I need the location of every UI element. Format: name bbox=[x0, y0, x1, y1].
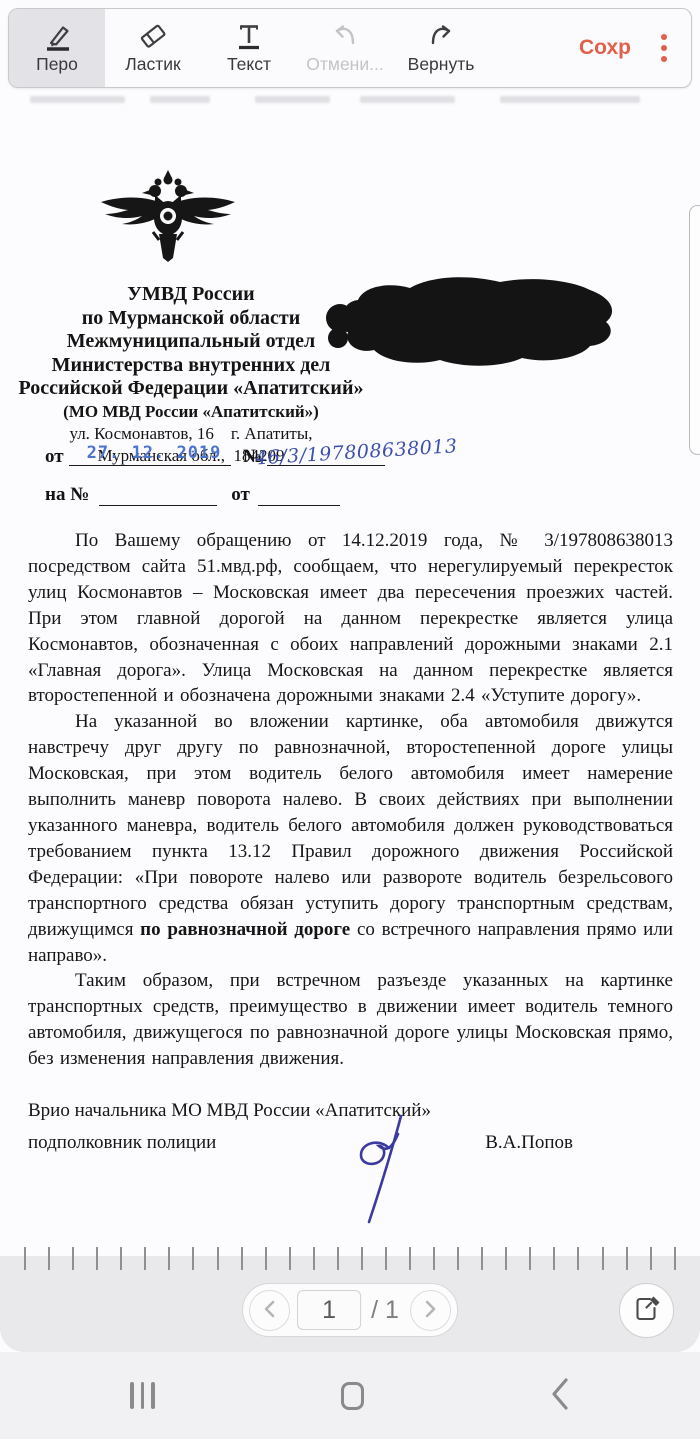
ruler-tick bbox=[602, 1247, 604, 1270]
ruler-tick bbox=[24, 1247, 26, 1270]
home-icon bbox=[341, 1382, 364, 1410]
redo-button[interactable]: Вернуть bbox=[393, 9, 489, 87]
recents-button[interactable] bbox=[130, 1382, 155, 1409]
letter-body: По Вашему обращению от 14.12.2019 года, … bbox=[28, 528, 673, 1072]
signer-position-line2: подполковник полиции bbox=[28, 1130, 216, 1155]
reply-number-underline bbox=[99, 488, 217, 506]
date-stamp: 27. 12. 2019 bbox=[79, 443, 229, 463]
reference-line: от 27. 12. 2019 № 46/3/197808638013 bbox=[45, 442, 645, 468]
home-button[interactable] bbox=[341, 1382, 364, 1410]
eraser-tool-label: Ластик bbox=[125, 54, 180, 75]
page-separator: / bbox=[371, 1296, 378, 1325]
pen-tool-button[interactable]: Перо bbox=[9, 9, 105, 87]
ruler-tick bbox=[650, 1247, 652, 1270]
ruler-tick bbox=[192, 1247, 194, 1270]
filmstrip-ruler bbox=[0, 1247, 700, 1271]
ruler-tick bbox=[626, 1247, 628, 1270]
text-tool-button[interactable]: Текст bbox=[201, 9, 297, 87]
ruler-tick bbox=[433, 1247, 435, 1270]
redo-label: Вернуть bbox=[408, 54, 475, 75]
reply-from-label: от bbox=[231, 484, 250, 506]
eraser-tool-button[interactable]: Ластик bbox=[105, 9, 201, 87]
chevron-left-icon bbox=[261, 1299, 279, 1322]
from-label: от bbox=[45, 446, 64, 468]
reply-reference-line: на № от bbox=[45, 482, 340, 506]
ruler-tick bbox=[553, 1247, 555, 1270]
undo-label: Отмени... bbox=[306, 54, 383, 75]
ruler-tick bbox=[337, 1247, 339, 1270]
ruler-tick bbox=[313, 1247, 315, 1270]
system-navigation-bar bbox=[0, 1352, 700, 1439]
ruler-tick bbox=[72, 1247, 74, 1270]
ruler-tick bbox=[409, 1247, 411, 1270]
cropped-text-row bbox=[0, 94, 700, 106]
paragraph-2-bold-phrase: по равнозначной дороге bbox=[140, 919, 350, 940]
back-button[interactable] bbox=[550, 1377, 570, 1414]
ruler-tick bbox=[674, 1247, 676, 1270]
more-menu-icon bbox=[661, 34, 667, 40]
recents-icon bbox=[130, 1382, 155, 1409]
pen-tool-label: Перо bbox=[36, 54, 78, 75]
ruler-tick bbox=[217, 1247, 219, 1270]
page-navigator: 1 / 1 bbox=[242, 1283, 458, 1337]
ruler-tick bbox=[505, 1247, 507, 1270]
ruler-tick bbox=[96, 1247, 98, 1270]
edit-toolbar: Перо Ластик Текст bbox=[8, 8, 692, 88]
toolbar-right-group: Сохр bbox=[579, 9, 691, 87]
text-icon bbox=[233, 21, 265, 51]
current-page-input[interactable]: 1 bbox=[297, 1290, 361, 1330]
pen-icon bbox=[41, 21, 73, 51]
letterhead-line: Российской Федерации «Апатитский» bbox=[0, 377, 382, 401]
date-underline bbox=[69, 465, 231, 466]
more-menu-button[interactable] bbox=[657, 30, 671, 66]
ruler-tick bbox=[385, 1247, 387, 1270]
ruler-tick bbox=[529, 1247, 531, 1270]
ruler-tick bbox=[361, 1247, 363, 1270]
reply-label: на № bbox=[45, 484, 89, 506]
ruler-tick bbox=[241, 1247, 243, 1270]
ruler-tick bbox=[577, 1247, 579, 1270]
ruler-tick bbox=[457, 1247, 459, 1270]
paragraph-3: Таким образом, при встречном разъезде ук… bbox=[28, 968, 673, 1072]
ruler-tick bbox=[481, 1247, 483, 1270]
undo-button[interactable]: Отмени... bbox=[297, 9, 393, 87]
redo-icon bbox=[425, 21, 457, 51]
eraser-icon bbox=[137, 21, 169, 51]
mvd-eagle-emblem bbox=[98, 166, 238, 269]
total-pages: 1 bbox=[385, 1296, 399, 1325]
paragraph-1: По Вашему обращению от 14.12.2019 года, … bbox=[28, 528, 673, 709]
ruler-tick bbox=[144, 1247, 146, 1270]
document-canvas[interactable]: УМВД России по Мурманской области Межмун… bbox=[0, 90, 700, 1256]
save-button[interactable]: Сохр bbox=[579, 36, 631, 60]
letterhead-line: (МО МВД России «Апатитский») bbox=[0, 401, 382, 423]
text-tool-label: Текст bbox=[227, 54, 271, 75]
pin-page-button[interactable] bbox=[619, 1283, 674, 1338]
ruler-tick bbox=[120, 1247, 122, 1270]
pin-page-icon bbox=[632, 1294, 662, 1327]
signer-name: В.А.Попов bbox=[485, 1130, 573, 1155]
reply-date-underline bbox=[258, 488, 340, 506]
next-page-button[interactable] bbox=[410, 1290, 451, 1331]
paragraph-2-text: На указанной во вложении картинке, оба а… bbox=[28, 711, 673, 939]
ruler-tick bbox=[289, 1247, 291, 1270]
paragraph-2: На указанной во вложении картинке, оба а… bbox=[28, 709, 673, 968]
vertical-scrollbar-handle[interactable] bbox=[689, 205, 700, 455]
chevron-right-icon bbox=[421, 1299, 439, 1322]
ruler-tick bbox=[48, 1247, 50, 1270]
previous-page-button[interactable] bbox=[249, 1290, 290, 1331]
redaction-blob bbox=[318, 272, 622, 377]
handwritten-signature bbox=[345, 1112, 417, 1235]
ruler-tick bbox=[168, 1247, 170, 1270]
back-icon bbox=[550, 1377, 570, 1414]
undo-icon bbox=[329, 21, 361, 51]
ruler-tick bbox=[265, 1247, 267, 1270]
